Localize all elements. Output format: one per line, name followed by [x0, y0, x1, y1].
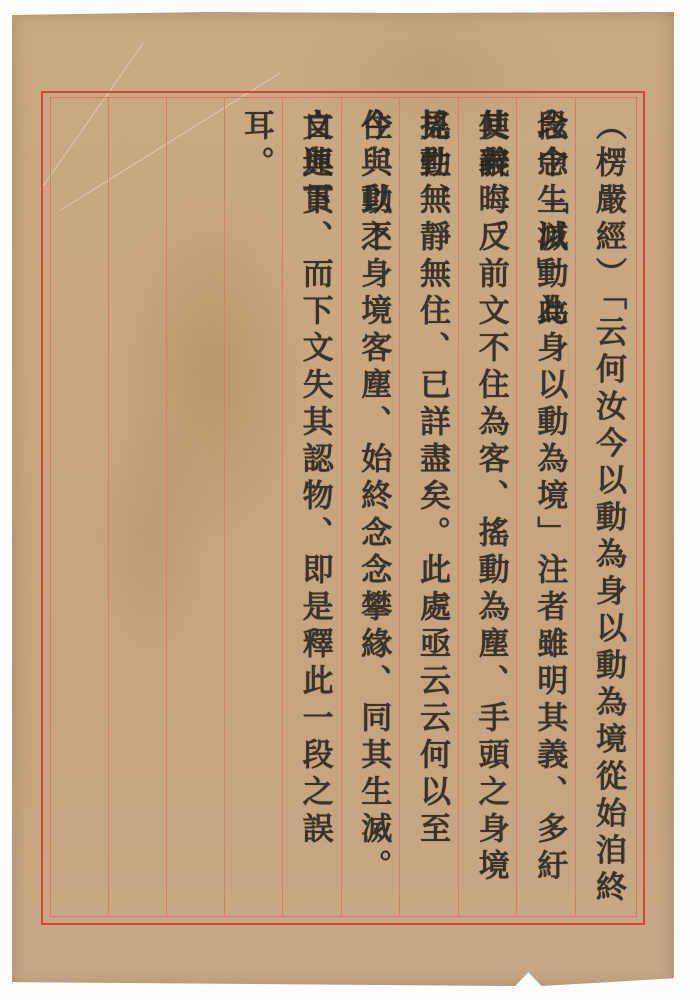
text-columns: （楞嚴經）「云何汝今以動為身以動為境從始洎終念念生滅」此 段中「以動為身以動為境… — [50, 97, 637, 917]
text-column-1: （楞嚴經）「云何汝今以動為身以動為境從始洎終念念生滅」此 — [578, 97, 637, 917]
text-column-5: 住與動之身境客塵、始終念念攀緣、同其生滅。自與下 — [344, 97, 403, 917]
text-column-9 — [109, 97, 168, 917]
text-column-7 — [226, 97, 285, 917]
text-column-10 — [50, 97, 109, 917]
text-column-4: 見性無靜無住、已詳盡矣。此處亟云云何以至今、以不 — [402, 97, 461, 917]
text-column-6: 文連貫、而下文失其認物、即是釋此一段之誤耳。 — [285, 97, 344, 917]
scanned-page: （楞嚴經）「云何汝今以動為身以動為境從始洎終念念生滅」此 段中「以動為身以動為境… — [0, 0, 700, 1000]
text-column-8 — [168, 97, 227, 917]
text-column-3: 使義晦。前文不住為客、搖動為塵、手頭之身境搖動、 — [461, 97, 520, 917]
text-column-2: 段中「以動為身以動為境」注者雖明其義、多紆其辭、反 — [520, 97, 579, 917]
